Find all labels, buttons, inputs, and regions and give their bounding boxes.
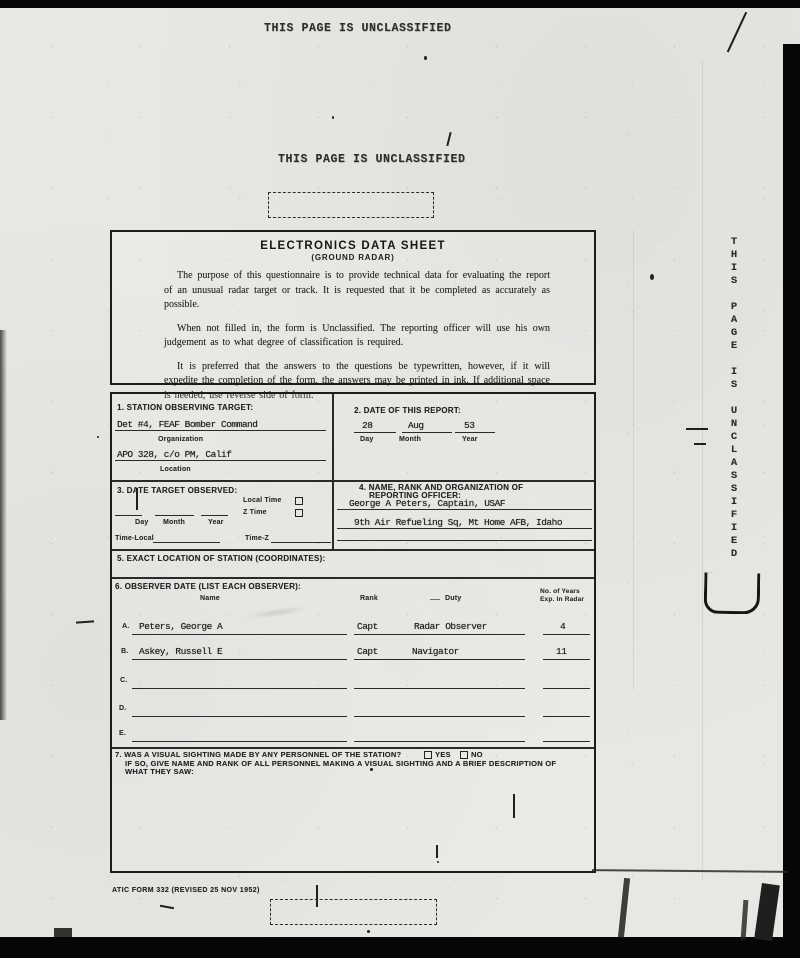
- scan-artifact: [727, 12, 747, 53]
- officer-unit-value: 9th Air Refueling Sq, Mt Home AFB, Idaho: [354, 517, 562, 528]
- duty-rule: [388, 741, 525, 742]
- form-header-box: ELECTRONICS DATA SHEET (GROUND RADAR) Th…: [110, 230, 596, 385]
- section-7-question: 7. WAS A VISUAL SIGHTING MADE BY ANY PER…: [115, 750, 401, 759]
- scan-artifact: [54, 928, 72, 937]
- scan-artifact: [136, 488, 138, 510]
- form-instructions: The purpose of this questionnaire is to …: [164, 269, 550, 412]
- name-rule: [132, 741, 347, 742]
- scan-artifact: [686, 428, 708, 430]
- unclassified-stamp-middle: THIS PAGE IS UNCLASSIFIED: [278, 153, 466, 166]
- officer-line1-rule: [337, 509, 592, 510]
- officer-line2-rule: [337, 528, 592, 529]
- row-letter: B.: [121, 648, 128, 655]
- time-z-line: [271, 542, 331, 543]
- observed-day-line: [115, 515, 142, 516]
- scan-artifact: [446, 132, 451, 146]
- location-field-line: [115, 460, 326, 461]
- column-header-rank: Rank: [360, 595, 378, 602]
- local-time-caption: Local Time: [243, 497, 281, 504]
- divider: [332, 394, 334, 549]
- scan-artifact: [436, 845, 438, 858]
- section-7-instruction-2: WHAT THEY SAW:: [125, 767, 194, 776]
- time-local-line: [153, 542, 220, 543]
- time-local-caption: Time-Local: [115, 535, 154, 542]
- scan-artifact: [332, 116, 334, 119]
- scan-artifact: [513, 794, 515, 818]
- row-letter: E.: [119, 730, 126, 737]
- fold-line: [702, 60, 703, 880]
- years-rule: [543, 716, 590, 717]
- fold-line: [633, 230, 634, 690]
- yes-caption: YES: [435, 750, 451, 759]
- years-rule: [543, 688, 590, 689]
- form-title: ELECTRONICS DATA SHEET: [112, 240, 594, 252]
- divider: [112, 480, 594, 482]
- duty-rule: [388, 688, 525, 689]
- scan-artifact: [437, 861, 439, 863]
- observer-years: 11: [556, 646, 566, 657]
- rank-rule: [354, 659, 392, 660]
- unclassified-stamp-side: T H I S P A G E I S U N C L A S S I F I …: [727, 236, 741, 561]
- location-caption: Location: [160, 466, 191, 473]
- divider: [112, 577, 594, 579]
- z-time-caption: Z Time: [243, 509, 267, 516]
- name-rule: [132, 634, 347, 635]
- scan-artifact: [367, 930, 370, 933]
- column-header-years: No. of Years Exp. In Radar: [540, 588, 592, 603]
- report-year-value: 53: [464, 420, 474, 431]
- duty-rule: [388, 716, 525, 717]
- rank-rule: [354, 741, 392, 742]
- no-checkbox: [460, 751, 468, 759]
- organization-field-line: [115, 430, 326, 431]
- section-2-label: 2. DATE OF THIS REPORT:: [354, 406, 461, 415]
- years-rule: [543, 659, 590, 660]
- scan-artifact: [316, 885, 318, 907]
- observer-duty: Radar Observer: [414, 621, 487, 632]
- observer-name: Peters, George A: [139, 621, 222, 632]
- row-letter: C.: [120, 677, 127, 684]
- stamp-box-upper: [268, 192, 434, 218]
- z-time-checkbox: [295, 509, 303, 517]
- location-value: APO 328, c/o PM, Calif: [117, 449, 231, 460]
- row-letter: A.: [122, 623, 129, 630]
- officer-name-value: George A Peters, Captain, USAF: [349, 498, 505, 509]
- section-6-label: 6. OBSERVER DATE (LIST EACH OBSERVER):: [115, 582, 301, 591]
- scan-artifact: [741, 900, 749, 940]
- scan-artifact: [618, 878, 630, 938]
- page-bottom-rule: [592, 869, 788, 873]
- observer-rank: Capt: [357, 621, 378, 632]
- year-caption: Year: [462, 436, 478, 443]
- name-rule: [132, 716, 347, 717]
- bracket-mark: [704, 573, 761, 615]
- local-time-checkbox: [295, 497, 303, 505]
- section-5-label: 5. EXACT LOCATION OF STATION (COORDINATE…: [117, 554, 325, 563]
- name-rule: [132, 688, 347, 689]
- rank-rule: [354, 688, 392, 689]
- rank-rule: [354, 634, 392, 635]
- year-caption: Year: [208, 519, 224, 526]
- observed-month-line: [155, 515, 194, 516]
- duty-rule: [388, 659, 525, 660]
- scan-artifact: [160, 905, 174, 909]
- no-caption: NO: [471, 750, 483, 759]
- observer-duty: Navigator: [412, 646, 459, 657]
- officer-line3-rule: [337, 540, 592, 541]
- scan-edge-top: [0, 0, 800, 8]
- scan-edge-bottom: [0, 937, 800, 958]
- observer-name: Askey, Russell E: [139, 646, 222, 657]
- row-letter: D.: [119, 705, 126, 712]
- report-month-value: Aug: [408, 420, 424, 431]
- rank-rule: [354, 716, 392, 717]
- divider: [112, 549, 594, 551]
- scan-artifact: [76, 620, 94, 623]
- unclassified-stamp-top: THIS PAGE IS UNCLASSIFIED: [264, 22, 452, 35]
- scan-artifact: [424, 56, 427, 60]
- form-number: ATIC FORM 332 (REVISED 25 NOV 1952): [112, 887, 260, 894]
- instruction-paragraph: The purpose of this questionnaire is to …: [164, 269, 550, 313]
- observer-rank: Capt: [357, 646, 378, 657]
- yes-checkbox: [424, 751, 432, 759]
- name-rule: [132, 659, 347, 660]
- scan-artifact: [694, 443, 706, 445]
- years-rule: [543, 741, 590, 742]
- scan-edge-left: [0, 330, 7, 720]
- observer-years: 4: [560, 621, 565, 632]
- scan-artifact: [430, 599, 440, 600]
- time-z-caption: Time-Z: [245, 535, 269, 542]
- instruction-paragraph: When not filled in, the form is Unclassi…: [164, 322, 550, 351]
- scanned-document-page: THIS PAGE IS UNCLASSIFIED THIS PAGE IS U…: [0, 0, 800, 958]
- month-caption: Month: [163, 519, 185, 526]
- divider: [112, 747, 594, 749]
- month-field-line: [402, 432, 452, 433]
- year-field-line: [455, 432, 495, 433]
- observed-year-line: [201, 515, 228, 516]
- form-body-box: 1. STATION OBSERVING TARGET: Det #4, FEA…: [110, 392, 596, 873]
- scan-artifact: [97, 436, 99, 438]
- column-header-name: Name: [200, 595, 220, 602]
- day-caption: Day: [360, 436, 373, 443]
- years-rule: [543, 634, 590, 635]
- organization-value: Det #4, FEAF Bomber Command: [117, 419, 257, 430]
- form-subtitle: (GROUND RADAR): [112, 253, 594, 262]
- scan-artifact: [370, 768, 373, 771]
- section-1-label: 1. STATION OBSERVING TARGET:: [117, 403, 253, 412]
- day-caption: Day: [135, 519, 148, 526]
- scan-artifact: [650, 274, 654, 280]
- scan-artifact: [754, 883, 780, 941]
- column-header-duty: Duty: [445, 595, 461, 602]
- scan-edge-right: [783, 44, 800, 940]
- report-day-value: 28: [362, 420, 372, 431]
- duty-rule: [388, 634, 525, 635]
- organization-caption: Organization: [158, 436, 203, 443]
- day-field-line: [354, 432, 396, 433]
- stamp-box-lower: [270, 899, 437, 925]
- month-caption: Month: [399, 436, 421, 443]
